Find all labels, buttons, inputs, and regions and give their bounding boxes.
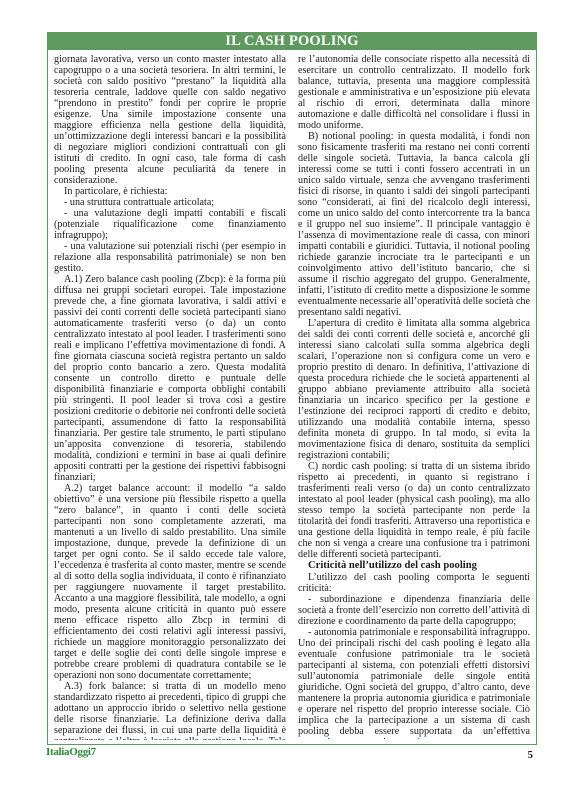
paragraph-target-balance: A.2) target balance account: il modello … (54, 483, 286, 681)
list-item: - autonomia patrimoniale e responsabilit… (298, 627, 530, 741)
paragraph-fork-balance: A.3) fork balance: si tratta di un model… (54, 681, 286, 740)
paragraph: re l’autonomia delle consociate rispetto… (298, 54, 530, 131)
right-column: re l’autonomia delle consociate rispetto… (298, 54, 530, 740)
paragraph: giornata lavorativa, verso un conto mast… (54, 54, 286, 186)
paragraph: L’apertura di credito è limitata alla so… (298, 318, 530, 461)
section-header: IL CASH POOLING (48, 33, 536, 50)
list-item: - una valutazione degli impatti contabil… (54, 208, 286, 241)
left-column: giornata lavorativa, verso un conto mast… (54, 54, 286, 740)
article-body: giornata lavorativa, verso un conto mast… (54, 54, 530, 740)
publication-logo: ItaliaOggi7 (46, 746, 96, 758)
subheading: Criticità nell’utilizzo del cash pooling (298, 560, 530, 572)
paragraph-nordic-cash-pooling: C) nordic cash pooling: si tratta di un … (298, 461, 530, 560)
list-item: - una struttura contrattuale articolata; (54, 197, 286, 208)
paragraph-zero-balance: A.1) Zero balance cash pooling (Zbcp): è… (54, 274, 286, 483)
paragraph-notional-pooling: B) notional pooling: in questa modalità,… (298, 131, 530, 318)
page-number: 5 (528, 749, 534, 761)
paragraph: L’utilizzo del cash pooling comporta le … (298, 572, 530, 594)
article-box: IL CASH POOLING giornata lavorativa, ver… (47, 32, 537, 745)
paragraph: In particolare, è richiesta: (54, 186, 286, 197)
list-item: - subordinazione e dipendenza finanziari… (298, 594, 530, 627)
list-item: - una valutazione sui potenziali rischi … (54, 241, 286, 274)
